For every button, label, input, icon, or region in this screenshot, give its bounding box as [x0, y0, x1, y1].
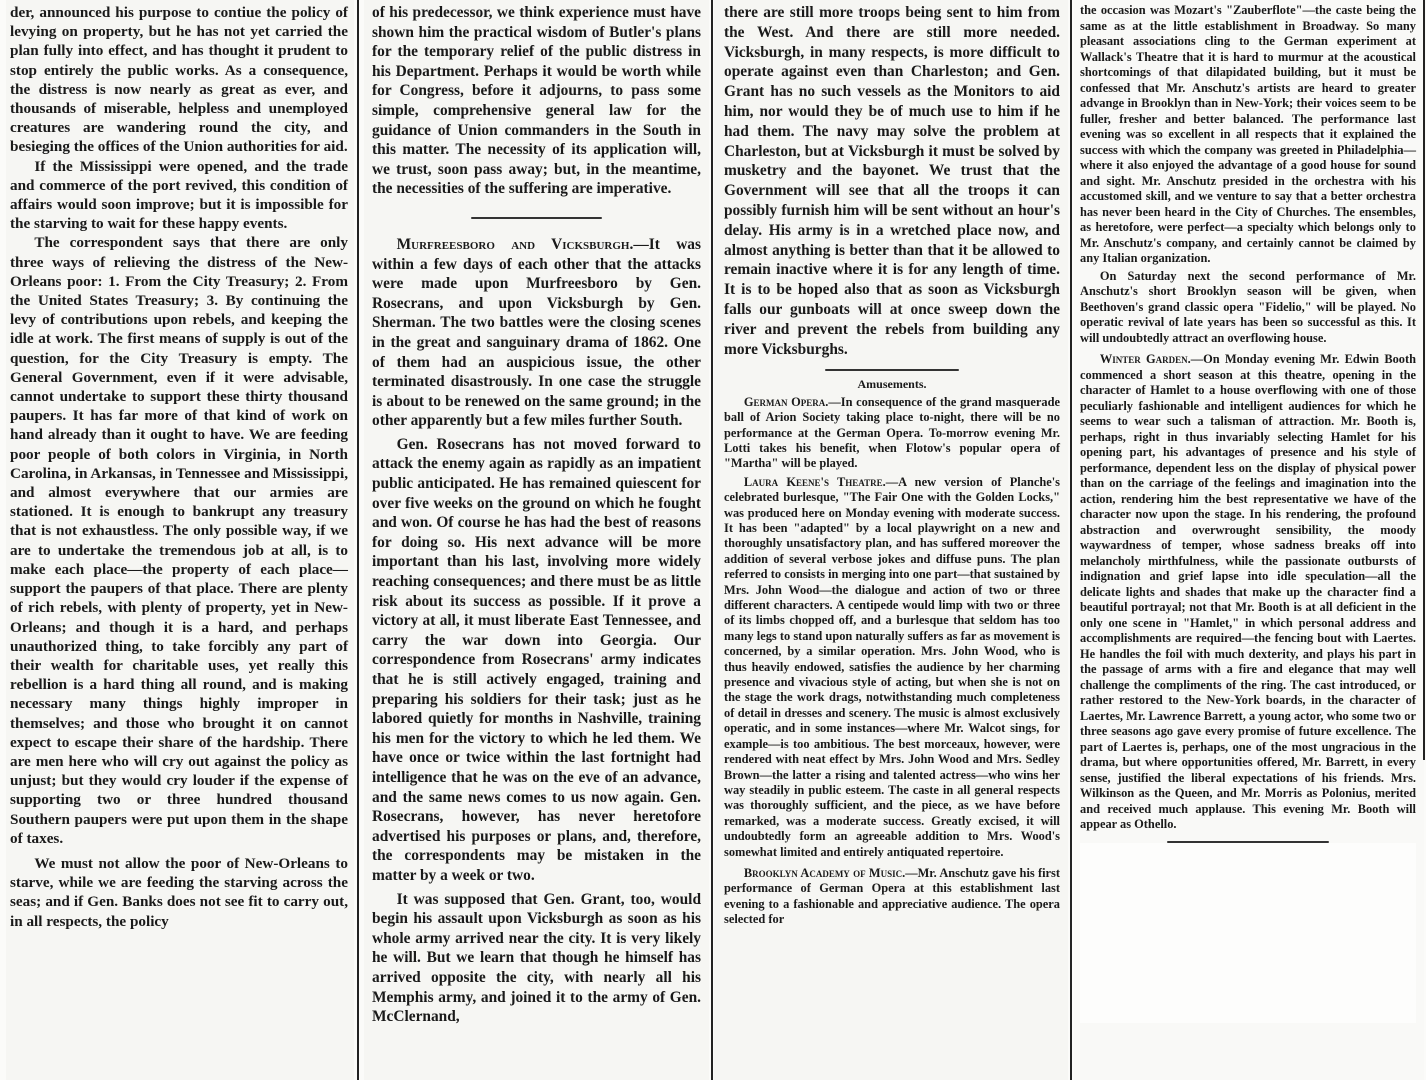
column-rule	[1070, 0, 1072, 1080]
item-title: Laura Keene's Theatre.	[744, 475, 886, 489]
column-4: the occasion was Mozart's "Zauberflote"—…	[1074, 0, 1424, 1080]
column-rule	[711, 0, 713, 1080]
paragraph: The correspondent says that there are on…	[10, 233, 348, 848]
paragraph: there are still more troops being sent t…	[724, 3, 1060, 359]
item-title: Brooklyn Academy of Music.	[744, 866, 905, 880]
section-divider	[471, 217, 603, 219]
article-headline: Murfreesboro and Vicksburgh.	[397, 236, 634, 253]
paragraph: If the Mississippi were opened, and the …	[10, 157, 348, 234]
column-3: there are still more troops being sent t…	[714, 0, 1068, 1080]
column-2: of his predecessor, we think experience …	[364, 0, 709, 1080]
paragraph: of his predecessor, we think experience …	[372, 3, 701, 199]
amusement-item: German Opera.—In consequence of the gran…	[724, 395, 1060, 472]
amusements-section: Amusements. German Opera.—In consequence…	[724, 377, 1060, 927]
blank-area	[1080, 843, 1416, 1023]
article-lead: Murfreesboro and Vicksburgh.—It was with…	[372, 235, 701, 431]
item-text: —On Monday evening Mr. Edwin Booth comme…	[1080, 352, 1416, 831]
amusement-item: Brooklyn Academy of Music.—Mr. Anschutz …	[724, 866, 1060, 928]
column-rule	[1423, 0, 1425, 760]
paragraph: the occasion was Mozart's "Zauberflote"—…	[1080, 3, 1416, 267]
item-text: —A new version of Planche's celebrated b…	[724, 475, 1060, 859]
winter-garden-item: Winter Garden.—On Monday evening Mr. Edw…	[1080, 352, 1416, 833]
paragraph: der, announced his purpose to contiue th…	[10, 3, 348, 157]
article-lead-text: —It was within a few days of each other …	[372, 236, 701, 429]
newspaper-clipping: der, announced his purpose to contiue th…	[0, 0, 1426, 1080]
section-heading: Amusements.	[724, 377, 1060, 392]
paragraph: We must not allow the poor of New-Orlean…	[10, 854, 348, 931]
paragraph: It was supposed that Gen. Grant, too, wo…	[372, 890, 701, 1027]
amusement-item: Laura Keene's Theatre.—A new version of …	[724, 475, 1060, 860]
paragraph: Gen. Rosecrans has not moved forward to …	[372, 435, 701, 886]
section-divider	[825, 369, 959, 371]
item-title: German Opera.	[744, 395, 829, 409]
paragraph: On Saturday next the second performance …	[1080, 269, 1416, 347]
item-title: Winter Garden.	[1100, 352, 1191, 366]
column-rule	[357, 0, 359, 1080]
column-1: der, announced his purpose to contiue th…	[6, 0, 354, 1080]
